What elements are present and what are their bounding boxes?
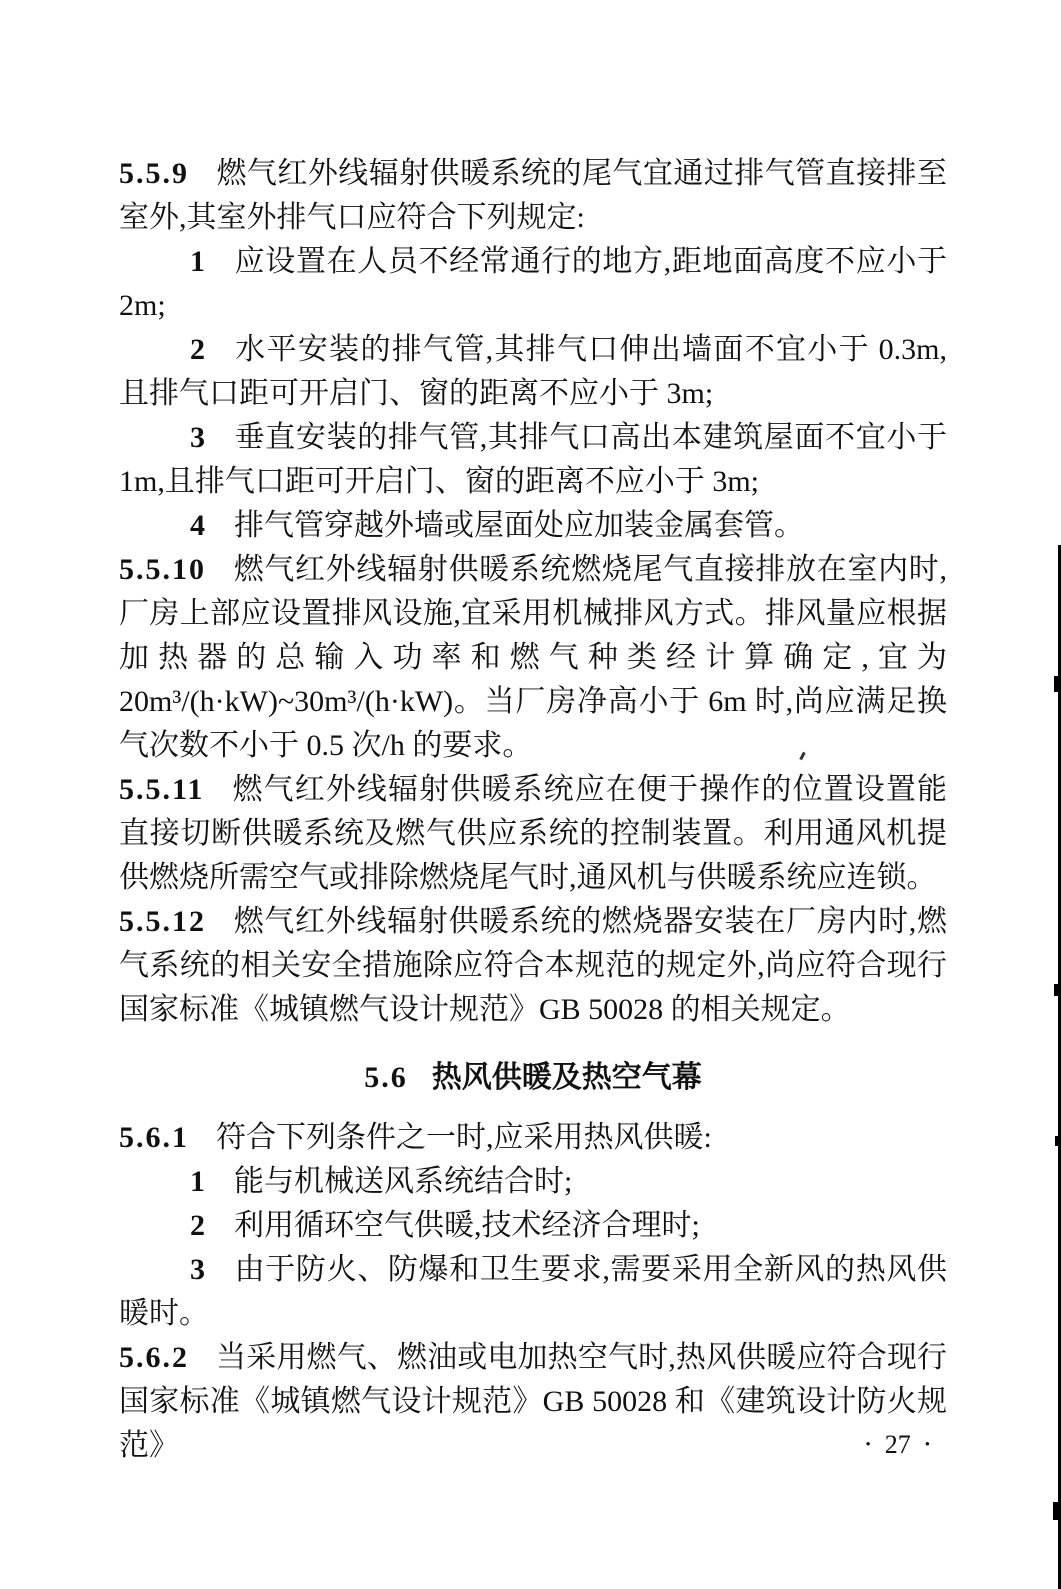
item-text: 排气管穿越外墙或屋面处应加装金属套管。	[234, 509, 804, 542]
item-number: 1	[190, 1165, 205, 1198]
clause-5-5-9: 5.5.9燃气红外线辐射供暖系统的尾气宜通过排气管直接排至室外,其室外排气口应符…	[119, 152, 947, 240]
item-number: 3	[190, 1253, 205, 1286]
section-heading-5-6: 5.6热风供暖及热空气幕	[119, 1056, 947, 1100]
clause-text: 燃气红外线辐射供暖系统燃烧尾气直接排放在室内时,厂房上部应设置排风设施,宜采用机…	[119, 553, 947, 762]
scan-binding-notch	[1055, 1136, 1061, 1146]
scan-binding-notch	[1054, 676, 1061, 692]
item-number: 3	[190, 421, 205, 454]
item-number: 2	[190, 1209, 205, 1242]
clause-text: 燃气红外线辐射供暖系统的燃烧器安装在厂房内时,燃气系统的相关安全措施除应符合本规…	[119, 905, 947, 1026]
page-number: •27•	[865, 1430, 930, 1460]
clause-number: 5.6.2	[119, 1341, 189, 1374]
item-text: 能与机械送风系统结合时;	[234, 1165, 572, 1198]
item-text: 垂直安装的排气管,其排气口高出本建筑屋面不宜小于 1m,且排气口距可开启门、窗的…	[119, 421, 947, 498]
subitem-2: 2利用循环空气供暖,技术经济合理时;	[119, 1204, 947, 1248]
subitem-3: 3垂直安装的排气管,其排气口高出本建筑屋面不宜小于 1m,且排气口距可开启门、窗…	[119, 416, 947, 504]
page-number-dot-left: •	[865, 1437, 870, 1453]
clause-text: 符合下列条件之一时,应采用热风供暖:	[216, 1121, 712, 1154]
item-text: 水平安装的排气管,其排气口伸出墙面不宜小于 0.3m,且排气口距可开启门、窗的距…	[119, 333, 947, 410]
page-number-dot-right: •	[925, 1437, 930, 1453]
item-number: 4	[190, 509, 205, 542]
subitem-3: 3由于防火、防爆和卫生要求,需要采用全新风的热风供暖时。	[119, 1248, 947, 1336]
section-title: 热风供暖及热空气幕	[432, 1061, 702, 1094]
clause-text: 燃气红外线辐射供暖系统应在便于操作的位置设置能直接切断供暖系统及燃气供应系统的控…	[119, 773, 947, 894]
clause-number: 5.5.10	[119, 553, 206, 586]
page-number-value: 27	[885, 1430, 911, 1459]
scan-binding-notch	[1054, 984, 1061, 996]
clause-text: 燃气红外线辐射供暖系统的尾气宜通过排气管直接排至室外,其室外排气口应符合下列规定…	[119, 157, 947, 234]
subitem-2: 2水平安装的排气管,其排气口伸出墙面不宜小于 0.3m,且排气口距可开启门、窗的…	[119, 328, 947, 416]
item-number: 2	[190, 333, 205, 366]
clause-number: 5.5.11	[119, 773, 204, 806]
clause-5-5-10: 5.5.10燃气红外线辐射供暖系统燃烧尾气直接排放在室内时,厂房上部应设置排风设…	[119, 548, 947, 768]
clause-number: 5.5.9	[119, 157, 189, 190]
subitem-1: 1能与机械送风系统结合时;	[119, 1160, 947, 1204]
item-text: 应设置在人员不经常通行的地方,距地面高度不应小于 2m;	[119, 245, 947, 322]
clause-text: 当采用燃气、燃油或电加热空气时,热风供暖应符合现行国家标准《城镇燃气设计规范》G…	[119, 1341, 947, 1462]
clause-5-5-12: 5.5.12燃气红外线辐射供暖系统的燃烧器安装在厂房内时,燃气系统的相关安全措施…	[119, 900, 947, 1032]
scan-binding-notch	[1053, 1502, 1061, 1520]
clause-5-6-2: 5.6.2当采用燃气、燃油或电加热空气时,热风供暖应符合现行国家标准《城镇燃气设…	[119, 1336, 947, 1468]
item-text: 利用循环空气供暖,技术经济合理时;	[234, 1209, 700, 1242]
clause-number: 5.5.12	[119, 905, 206, 938]
section-number: 5.6	[364, 1061, 408, 1094]
clause-number: 5.6.1	[119, 1121, 189, 1154]
clause-5-5-11: 5.5.11燃气红外线辐射供暖系统应在便于操作的位置设置能直接切断供暖系统及燃气…	[119, 768, 947, 900]
item-text: 由于防火、防爆和卫生要求,需要采用全新风的热风供暖时。	[119, 1253, 947, 1330]
subitem-1: 1应设置在人员不经常通行的地方,距地面高度不应小于 2m;	[119, 240, 947, 328]
text-block: 5.5.9燃气红外线辐射供暖系统的尾气宜通过排气管直接排至室外,其室外排气口应符…	[119, 152, 947, 1468]
subitem-4: 4排气管穿越外墙或屋面处应加装金属套管。	[119, 504, 947, 548]
clause-5-6-1: 5.6.1符合下列条件之一时,应采用热风供暖:	[119, 1116, 947, 1160]
document-page: 5.5.9燃气红外线辐射供暖系统的尾气宜通过排气管直接排至室外,其室外排气口应符…	[0, 0, 1061, 1589]
item-number: 1	[190, 245, 205, 278]
